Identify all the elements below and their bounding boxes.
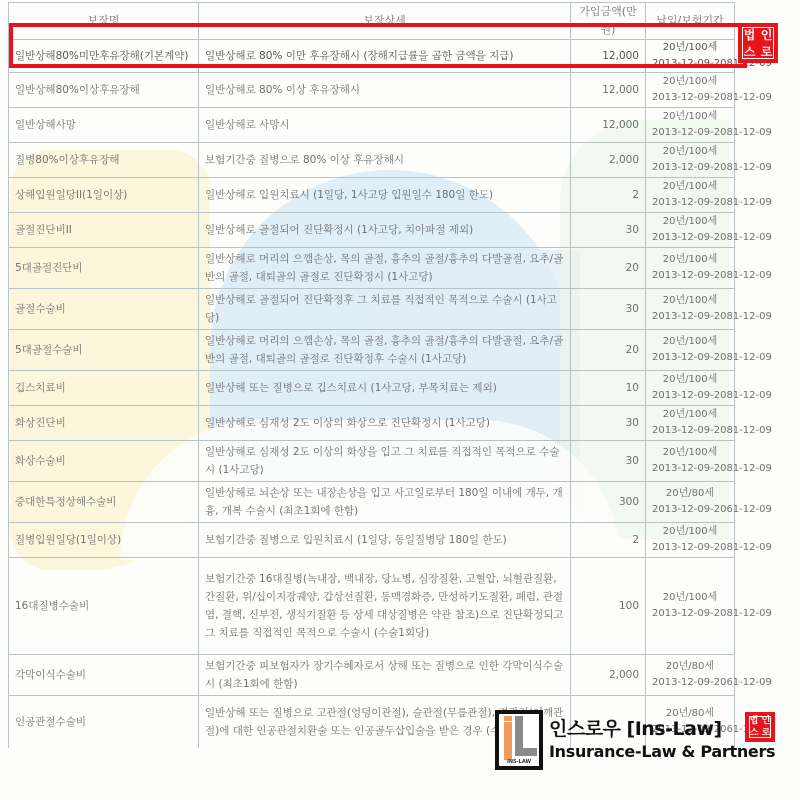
- coverage-detail: 일반상해로 사망시: [199, 108, 571, 143]
- coverage-period: 20년/100세2013-12-09-2081-12-09: [646, 441, 735, 482]
- coverage-period: 20년/100세2013-12-09-2081-12-09: [646, 213, 735, 248]
- payment-term: 20년/100세: [652, 407, 728, 423]
- table-row: 중대한특정상해수술비일반상해로 뇌손상 또는 내장손상을 입고 사고일로부터 1…: [9, 482, 735, 523]
- coverage-amount: 2: [571, 178, 646, 213]
- coverage-period: 20년/100세2013-12-09-2081-12-09: [646, 40, 735, 73]
- coverage-amount: 30: [571, 406, 646, 441]
- coverage-dates: 2013-12-09-2081-12-09: [652, 423, 728, 439]
- seal-char: 법: [741, 26, 758, 43]
- coverage-detail: 보험기간중 16대질병(녹내장, 백내장, 당뇨병, 심장질환, 고혈압, 뇌혈…: [199, 558, 571, 655]
- coverage-amount: 12,000: [571, 40, 646, 73]
- table-header-row: 보장명 보장상세 가입금액(만원) 납입/보험기간: [9, 3, 735, 40]
- coverage-dates: 2013-12-09-2061-12-09: [652, 675, 728, 691]
- payment-term: 20년/100세: [652, 109, 728, 125]
- payment-term: 20년/100세: [652, 74, 728, 90]
- coverage-detail: 일반상해로 심재성 2도 이상의 화상을 입고 그 치료를 직접적인 목적으로 …: [199, 441, 571, 482]
- coverage-detail: 일반상해로 80% 이만 후유장해시 (장해지급률을 곱한 금액을 지급): [199, 40, 571, 73]
- payment-term: 20년/100세: [652, 445, 728, 461]
- coverage-detail: 일반상해로 머리의 으깸손상, 목의 골절, 흉추의 골절/흉추의 다발골절, …: [199, 248, 571, 289]
- table-row: 화상진단비일반상해로 심재성 2도 이상의 화상으로 진단확정시 (1사고당)3…: [9, 406, 735, 441]
- seal-char: 스: [741, 43, 758, 60]
- coverage-amount: 2,000: [571, 655, 646, 696]
- coverage-name: 각막이식수술비: [9, 655, 199, 696]
- coverage-period: 20년/80세2013-12-09-2061-12-09: [646, 655, 735, 696]
- coverage-period: 20년/100세2013-12-09-2081-12-09: [646, 289, 735, 330]
- table-row: 깁스치료비일반상해 또는 질병으로 깁스치료시 (1사고당, 부목치료는 제외)…: [9, 371, 735, 406]
- coverage-name: 5대골절진단비: [9, 248, 199, 289]
- payment-term: 20년/100세: [652, 372, 728, 388]
- payment-term: 20년/100세: [652, 252, 728, 268]
- brand-seal: 법 인 스 로: [745, 712, 775, 742]
- coverage-period: 20년/100세2013-12-09-2081-12-09: [646, 178, 735, 213]
- brand-watermark: INS-LAW 인스로우 [Ins-Law] Insurance-Law & P…: [495, 710, 775, 770]
- coverage-amount: 30: [571, 289, 646, 330]
- coverage-dates: 2013-12-09-2081-12-09: [652, 606, 728, 622]
- table-row: 질병입원일당(1일이상)보험기간중 질병으로 입원치료시 (1일당, 동일질병당…: [9, 523, 735, 558]
- coverage-name: 질병입원일당(1일이상): [9, 523, 199, 558]
- coverage-amount: 10: [571, 371, 646, 406]
- coverage-name: 16대질병수술비: [9, 558, 199, 655]
- coverage-name: 인공관절수술비: [9, 696, 199, 749]
- seal-char: 로: [760, 727, 772, 739]
- coverage-name: 깁스치료비: [9, 371, 199, 406]
- coverage-name: 골절수술비: [9, 289, 199, 330]
- coverage-detail: 보험기간중 질병으로 입원치료시 (1일당, 동일질병당 180일 한도): [199, 523, 571, 558]
- coverage-amount: 12,000: [571, 73, 646, 108]
- seal-char: 인: [758, 26, 775, 43]
- coverage-amount: 300: [571, 482, 646, 523]
- coverage-detail: 일반상해 또는 질병으로 깁스치료시 (1사고당, 부목치료는 제외): [199, 371, 571, 406]
- table-row: 일반상해사망일반상해로 사망시12,00020년/100세2013-12-09-…: [9, 108, 735, 143]
- coverage-name: 일반상해사망: [9, 108, 199, 143]
- coverage-name: 질병80%이상후유장해: [9, 143, 199, 178]
- coverage-detail: 일반상해로 골절되어 진단확정후 그 치료를 직접적인 목적으로 수술시 (1사…: [199, 289, 571, 330]
- payment-term: 20년/100세: [652, 40, 728, 56]
- brand-korean-name: 인스로우 [Ins-Law]: [549, 717, 775, 741]
- coverage-dates: 2013-12-09-2081-12-09: [652, 195, 728, 211]
- coverage-name: 상해입원일당II(1일이상): [9, 178, 199, 213]
- header-coverage-detail: 보장상세: [199, 3, 571, 40]
- table-row: 화상수술비일반상해로 심재성 2도 이상의 화상을 입고 그 치료를 직접적인 …: [9, 441, 735, 482]
- payment-term: 20년/100세: [652, 214, 728, 230]
- coverage-dates: 2013-12-09-2081-12-09: [652, 90, 728, 106]
- coverage-dates: 2013-12-09-2081-12-09: [652, 350, 728, 366]
- coverage-dates: 2013-12-09-2081-12-09: [652, 125, 728, 141]
- table-row: 16대질병수술비보험기간중 16대질병(녹내장, 백내장, 당뇨병, 심장질환,…: [9, 558, 735, 655]
- coverage-amount: 20: [571, 248, 646, 289]
- coverage-dates: 2013-12-09-2081-12-09: [652, 56, 728, 72]
- coverage-amount: 12,000: [571, 108, 646, 143]
- coverage-period: 20년/100세2013-12-09-2081-12-09: [646, 523, 735, 558]
- brand-english-name: Insurance-Law & Partners: [549, 741, 775, 763]
- seal-char: 법: [748, 715, 760, 727]
- coverage-amount: 100: [571, 558, 646, 655]
- payment-term: 20년/100세: [652, 179, 728, 195]
- coverage-period: 20년/100세2013-12-09-2081-12-09: [646, 248, 735, 289]
- table-row: 질병80%이상후유장해보험기간중 질병으로 80% 이상 후유장해시2,0002…: [9, 143, 735, 178]
- payment-term: 20년/80세: [652, 659, 728, 675]
- coverage-name: 화상진단비: [9, 406, 199, 441]
- coverage-detail: 보험기간중 질병으로 80% 이상 후유장해시: [199, 143, 571, 178]
- coverage-period: 20년/100세2013-12-09-2081-12-09: [646, 371, 735, 406]
- coverage-name: 일반상해80%이상후유장해: [9, 73, 199, 108]
- coverage-dates: 2013-12-09-2081-12-09: [652, 388, 728, 404]
- coverage-dates: 2013-12-09-2081-12-09: [652, 309, 728, 325]
- header-coverage-name: 보장명: [9, 3, 199, 40]
- coverage-dates: 2013-12-09-2061-12-09: [652, 502, 728, 518]
- coverage-dates: 2013-12-09-2081-12-09: [652, 461, 728, 477]
- table-row: 골절진단비II일반상해로 골절되어 진단확정시 (1사고당, 치아파절 제외)3…: [9, 213, 735, 248]
- coverage-period: 20년/100세2013-12-09-2081-12-09: [646, 73, 735, 108]
- coverage-amount: 2,000: [571, 143, 646, 178]
- table-row: 일반상해80%미만후유장해(기본계약)일반상해로 80% 이만 후유장해시 (장…: [9, 40, 735, 73]
- coverage-period: 20년/100세2013-12-09-2081-12-09: [646, 558, 735, 655]
- table-row: 상해입원일당II(1일이상)일반상해로 입원치료시 (1일당, 1사고당 입원일…: [9, 178, 735, 213]
- coverage-period: 20년/80세2013-12-09-2061-12-09: [646, 482, 735, 523]
- header-period: 납입/보험기간: [646, 3, 735, 40]
- coverage-dates: 2013-12-09-2081-12-09: [652, 268, 728, 284]
- coverage-amount: 20: [571, 330, 646, 371]
- payment-term: 20년/100세: [652, 590, 728, 606]
- coverage-name: 골절진단비II: [9, 213, 199, 248]
- coverage-detail: 일반상해로 심재성 2도 이상의 화상으로 진단확정시 (1사고당): [199, 406, 571, 441]
- table-row: 5대골절수술비일반상해로 머리의 으깸손상, 목의 골절, 흉추의 골절/흉추의…: [9, 330, 735, 371]
- coverage-detail: 일반상해로 머리의 으깸손상, 목의 골절, 흉추의 골절/흉추의 다발골절, …: [199, 330, 571, 371]
- table-row: 일반상해80%이상후유장해일반상해로 80% 이상 후유장해시12,00020년…: [9, 73, 735, 108]
- scanned-document: 보장명 보장상세 가입금액(만원) 납입/보험기간 일반상해80%미만후유장해(…: [0, 0, 800, 800]
- coverage-amount: 30: [571, 213, 646, 248]
- coverage-period: 20년/100세2013-12-09-2081-12-09: [646, 406, 735, 441]
- seal-char: 스: [748, 727, 760, 739]
- brand-logo-icon: INS-LAW: [495, 710, 543, 770]
- seal-char: 로: [758, 43, 775, 60]
- payment-term: 20년/100세: [652, 524, 728, 540]
- coverage-name: 5대골절수술비: [9, 330, 199, 371]
- coverage-detail: 일반상해로 골절되어 진단확정시 (1사고당, 치아파절 제외): [199, 213, 571, 248]
- table-row: 각막이식수술비보험기간중 피보험자가 장기수혜자로서 상해 또는 질병으로 인한…: [9, 655, 735, 696]
- table-row: 5대골절진단비일반상해로 머리의 으깸손상, 목의 골절, 흉추의 골절/흉추의…: [9, 248, 735, 289]
- coverage-period: 20년/100세2013-12-09-2081-12-09: [646, 330, 735, 371]
- coverage-detail: 일반상해로 뇌손상 또는 내장손상을 입고 사고일로부터 180일 이내에 개두…: [199, 482, 571, 523]
- table-row: 골절수술비일반상해로 골절되어 진단확정후 그 치료를 직접적인 목적으로 수술…: [9, 289, 735, 330]
- coverage-name: 일반상해80%미만후유장해(기본계약): [9, 40, 199, 73]
- coverage-period: 20년/100세2013-12-09-2081-12-09: [646, 143, 735, 178]
- coverage-dates: 2013-12-09-2081-12-09: [652, 160, 728, 176]
- coverage-amount: 30: [571, 441, 646, 482]
- payment-term: 20년/100세: [652, 144, 728, 160]
- coverage-dates: 2013-12-09-2081-12-09: [652, 230, 728, 246]
- coverage-name: 중대한특정상해수술비: [9, 482, 199, 523]
- header-amount: 가입금액(만원): [571, 3, 646, 40]
- payment-term: 20년/100세: [652, 293, 728, 309]
- coverage-detail: 보험기간중 피보험자가 장기수혜자로서 상해 또는 질병으로 인한 각막이식수술…: [199, 655, 571, 696]
- payment-term: 20년/100세: [652, 334, 728, 350]
- coverage-detail: 일반상해로 입원치료시 (1일당, 1사고당 입원일수 180일 한도): [199, 178, 571, 213]
- coverage-name: 화상수술비: [9, 441, 199, 482]
- coverage-amount: 2: [571, 523, 646, 558]
- logo-tag: INS-LAW: [501, 759, 537, 765]
- coverage-detail: 일반상해로 80% 이상 후유장해시: [199, 73, 571, 108]
- coverage-period: 20년/100세2013-12-09-2081-12-09: [646, 108, 735, 143]
- coverage-dates: 2013-12-09-2081-12-09: [652, 540, 728, 556]
- stamp-seal: 법 인 스 로: [738, 23, 778, 63]
- payment-term: 20년/80세: [652, 486, 728, 502]
- coverage-table: 보장명 보장상세 가입금액(만원) 납입/보험기간 일반상해80%미만후유장해(…: [8, 2, 735, 748]
- seal-char: 인: [760, 715, 772, 727]
